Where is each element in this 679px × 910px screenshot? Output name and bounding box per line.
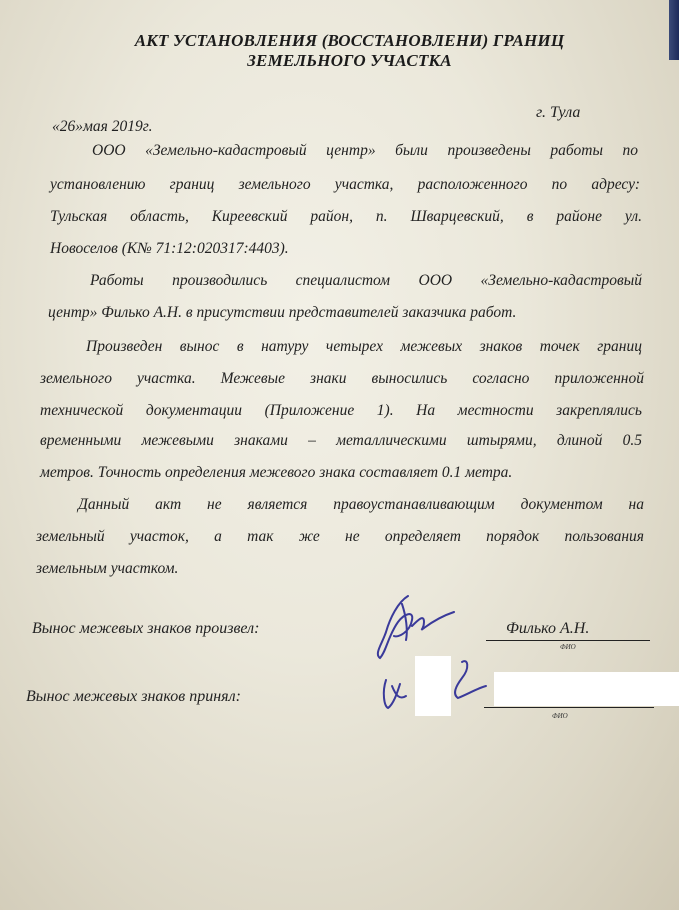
- body-line: Работы производились специалистом ООО «З…: [90, 272, 642, 290]
- accepted-fio-caption: ФИО: [552, 712, 568, 720]
- document-title-line2: ЗЕМЕЛЬНОГО УЧАСТКА: [10, 51, 679, 71]
- date: «26»мая 2019г.: [52, 118, 152, 136]
- document-page: АКТ УСТАНОВЛЕНИЯ (ВОССТАНОВЛЕНИ) ГРАНИЦ …: [0, 0, 679, 910]
- accepted-label: Вынос межевых знаков принял:: [26, 688, 241, 706]
- body-line: земельным участком.: [36, 560, 178, 578]
- body-line: Данный акт не является правоустанавливаю…: [78, 496, 644, 514]
- body-line: технической документации (Приложение 1).…: [40, 402, 642, 420]
- body-line: Тульская область, Киреевский район, п. Ш…: [50, 208, 642, 226]
- body-line: временными межевыми знаками – металличес…: [40, 432, 642, 450]
- body-line: земельного участка. Межевые знаки выноси…: [40, 370, 644, 388]
- accepted-fio-line: [484, 707, 654, 708]
- performed-fio-name: Филько А.Н.: [506, 620, 589, 638]
- body-line: ООО «Земельно-кадастровый центр» были пр…: [92, 142, 638, 160]
- signature-icon: [368, 592, 458, 662]
- body-line: Новоселов (К№ 71:12:020317:4403).: [50, 240, 289, 258]
- redaction-box: [494, 672, 679, 706]
- city: г. Тула: [536, 104, 580, 122]
- document-title-line1: АКТ УСТАНОВЛЕНИЯ (ВОССТАНОВЛЕНИ) ГРАНИЦ: [10, 31, 679, 51]
- body-line: земельный участок, а так же не определяе…: [36, 528, 644, 546]
- redaction-box: [415, 656, 451, 716]
- body-line: установлению границ земельного участка, …: [50, 176, 640, 194]
- performed-fio-caption: ФИО: [560, 643, 576, 651]
- body-line: метров. Точность определения межевого зн…: [40, 464, 512, 482]
- performed-label: Вынос межевых знаков произвел:: [32, 620, 259, 638]
- body-line: центр» Филько А.Н. в присутствии предста…: [48, 304, 516, 322]
- performed-fio-line: [486, 640, 650, 641]
- body-line: Произведен вынос в натуру четырех межевы…: [86, 338, 642, 356]
